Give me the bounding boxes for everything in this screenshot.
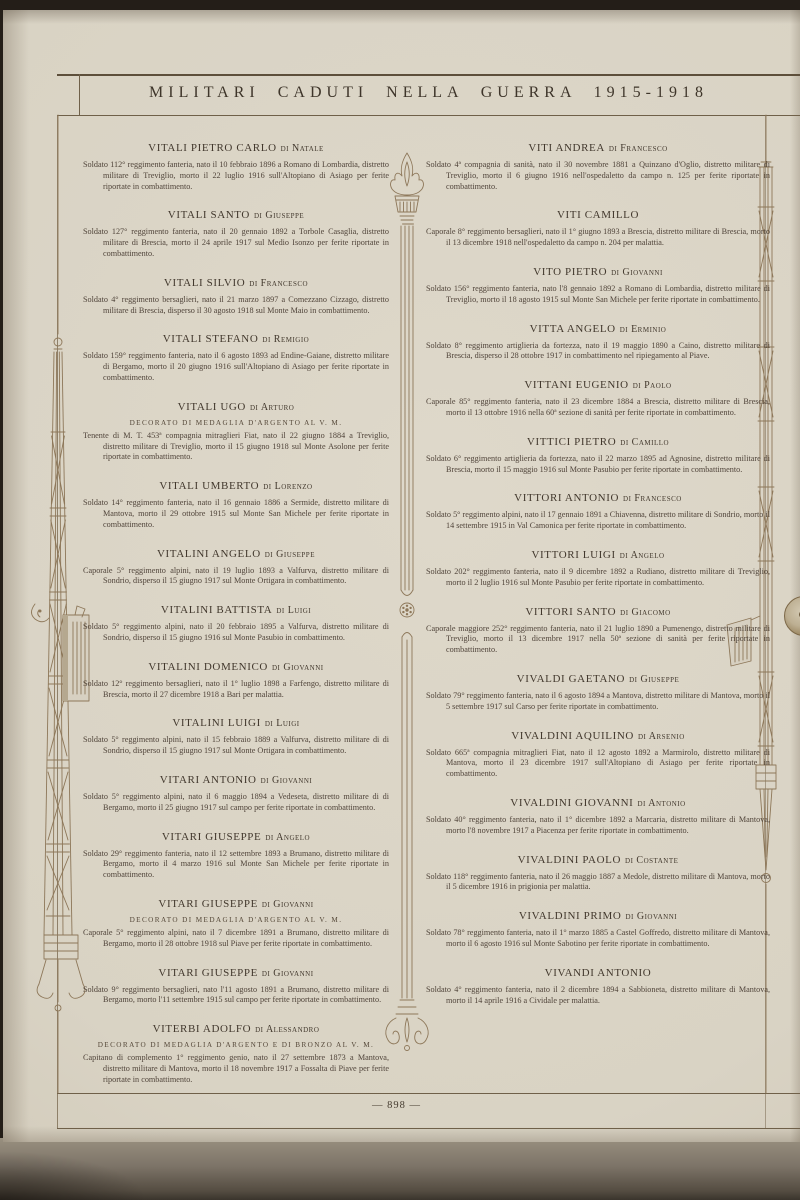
entry-heading: VITTICI PIETRO di Camillo xyxy=(426,432,770,450)
memorial-entry: VITALI PIETRO CARLO di Natale Soldato 11… xyxy=(83,138,389,192)
entry-name: VIVANDI ANTONIO xyxy=(545,967,652,979)
entry-heading: VITTA ANGELO di Erminio xyxy=(426,319,770,337)
entry-heading: VIVALDI GAETANO di Giuseppe xyxy=(426,669,770,687)
entry-heading: VITTORI SANTO di Giacomo xyxy=(426,602,770,620)
entry-body-text: Soldato 5° reggimento alpini, nato il 15… xyxy=(83,735,389,757)
entry-body-text: Soldato 5° reggimento alpini, nato il 17… xyxy=(426,510,770,532)
entry-heading: VIVALDINI PRIMO di Giovanni xyxy=(426,906,770,924)
entry-name: VITALI UGO xyxy=(178,401,246,413)
entry-body-text: Soldato 127° reggimento fanteria, nato i… xyxy=(83,227,389,259)
entry-patronymic: di Giuseppe xyxy=(629,674,679,685)
memorial-entry: VITTORI SANTO di Giacomo Caporale maggio… xyxy=(426,602,770,656)
memorial-entry: VITO PIETRO di Giovanni Soldato 156° reg… xyxy=(426,262,770,306)
entry-body-text: Soldato 5° reggimento alpini, nato il 20… xyxy=(83,622,389,644)
header-rule-top xyxy=(57,74,800,76)
entry-heading: VIVANDI ANTONIO xyxy=(426,963,770,981)
entry-body-text: Caporale 5° reggimento alpini, nato il 7… xyxy=(83,928,389,950)
entry-patronymic: di Giovanni xyxy=(261,775,313,786)
entry-heading: VITO PIETRO di Giovanni xyxy=(426,262,770,280)
memorial-entry: VITARI GIUSEPPE di Giovanni DECORATO DI … xyxy=(83,894,389,950)
entry-name: VITALINI LUIGI xyxy=(172,717,260,729)
entry-patronymic: di Giuseppe xyxy=(254,210,304,221)
memorial-entry: VITALI SILVIO di Francesco Soldato 4° re… xyxy=(83,273,389,317)
memorial-entry: VITTORI ANTONIO di Francesco Soldato 5° … xyxy=(426,488,770,532)
memorial-book-page: MILITARI CADUTI NELLA GUERRA 1915-1918 —… xyxy=(3,10,800,1142)
page-title: MILITARI CADUTI NELLA GUERRA 1915-1918 xyxy=(57,84,800,102)
entry-name: VITTA ANGELO xyxy=(530,323,616,335)
entry-name: VITALINI BATTISTA xyxy=(161,604,272,616)
entry-patronymic: di Angelo xyxy=(620,550,665,561)
entry-patronymic: di Giacomo xyxy=(620,607,671,618)
memorial-entry: VITARI GIUSEPPE di Angelo Soldato 29° re… xyxy=(83,827,389,881)
entry-heading: VITALINI ANGELO di Giuseppe xyxy=(83,544,389,562)
entry-body-text: Soldato 159° reggimento fanteria, nato i… xyxy=(83,351,389,383)
footer-rule-bottom xyxy=(57,1128,800,1129)
entry-name: VITALI UMBERTO xyxy=(159,480,259,492)
entry-patronymic: di Natale xyxy=(281,143,324,154)
entry-patronymic: di Paolo xyxy=(633,380,672,391)
entry-patronymic: di Costante xyxy=(625,855,678,866)
entry-name: VITTORI ANTONIO xyxy=(514,492,619,504)
entry-heading: VITTANI EUGENIO di Paolo xyxy=(426,375,770,393)
entry-patronymic: di Giovanni xyxy=(272,662,324,673)
entry-body-text: Caporale maggiore 252° reggimento fanter… xyxy=(426,624,770,656)
entry-body-text: Soldato 79° reggimento fanteria, nato il… xyxy=(426,691,770,713)
entry-patronymic: di Angelo xyxy=(265,832,310,843)
entry-name: VITALINI DOMENICO xyxy=(148,661,268,673)
entry-body-text: Soldato 665ª compagnia mitraglieri Fiat,… xyxy=(426,748,770,780)
entry-heading: VITALINI LUIGI di Luigi xyxy=(83,713,389,731)
entry-heading: VITTORI ANTONIO di Francesco xyxy=(426,488,770,506)
entry-name: VITARI ANTONIO xyxy=(160,774,257,786)
entry-body-text: Caporale 85° reggimento fanteria, nato i… xyxy=(426,397,770,419)
entry-name: VITALI SANTO xyxy=(168,209,250,221)
memorial-entry: VITI CAMILLO Caporale 8° reggimento bers… xyxy=(426,205,770,249)
entry-name: VITALI PIETRO CARLO xyxy=(148,142,276,154)
entry-name: VIVALDINI PRIMO xyxy=(519,910,622,922)
memorial-entry: VIVALDINI AQUILINO di Arsenio Soldato 66… xyxy=(426,726,770,780)
entry-body-text: Capitano di complemento 1° reggimento ge… xyxy=(83,1053,389,1085)
entry-body-text: Caporale 8° reggimento bersaglieri, nato… xyxy=(426,227,770,249)
entry-heading: VITERBI ADOLFO di Alessandro xyxy=(83,1019,389,1037)
memorial-entry: VITTANI EUGENIO di Paolo Caporale 85° re… xyxy=(426,375,770,419)
entry-name: VITI ANDREA xyxy=(528,142,605,154)
entry-body-text: Soldato 8° reggimento artiglieria da for… xyxy=(426,341,770,363)
entry-patronymic: di Arturo xyxy=(250,402,294,413)
entry-decoration: DECORATO DI MEDAGLIA D'ARGENTO E DI BRON… xyxy=(83,1041,389,1049)
memorial-entry: VITALINI LUIGI di Luigi Soldato 5° reggi… xyxy=(83,713,389,757)
memorial-entry: VITTORI LUIGI di Angelo Soldato 202° reg… xyxy=(426,545,770,589)
memorial-entry: VITARI ANTONIO di Giovanni Soldato 5° re… xyxy=(83,770,389,814)
entry-name: VIVALDINI AQUILINO xyxy=(511,730,634,742)
memorial-entry: VIVALDINI PAOLO di Costante Soldato 118°… xyxy=(426,850,770,894)
entry-patronymic: di Francesco xyxy=(623,493,682,504)
entry-heading: VITARI GIUSEPPE di Giovanni xyxy=(83,894,389,912)
entry-body-text: Soldato 14° reggimento fanteria, nato il… xyxy=(83,498,389,530)
memorial-entry: VITERBI ADOLFO di Alessandro DECORATO DI… xyxy=(83,1019,389,1085)
memorial-entry: VIVALDI GAETANO di Giuseppe Soldato 79° … xyxy=(426,669,770,713)
entry-body-text: Soldato 78° reggimento fanteria, nato il… xyxy=(426,928,770,950)
entry-name: VITI CAMILLO xyxy=(557,209,639,221)
entry-body-text: Tenente di M. T. 453ª compagnia mitragli… xyxy=(83,431,389,463)
entry-body-text: Caporale 5° reggimento alpini, nato il 1… xyxy=(83,566,389,588)
entry-name: VITARI GIUSEPPE xyxy=(158,967,257,979)
header-rule-bottom xyxy=(57,115,800,116)
entry-heading: VITALI UGO di Arturo xyxy=(83,397,389,415)
entry-patronymic: di Francesco xyxy=(249,278,308,289)
entry-body-text: Soldato 40° reggimento fanteria, nato il… xyxy=(426,815,770,837)
entry-patronymic: di Giovanni xyxy=(262,968,314,979)
entry-name: VIVALDINI PAOLO xyxy=(518,854,621,866)
entry-body-text: Soldato 5° reggimento alpini, nato il 6 … xyxy=(83,792,389,814)
entry-name: VIVALDINI GIOVANNI xyxy=(510,797,633,809)
entry-patronymic: di Remigio xyxy=(262,334,309,345)
memorial-entry: VITTA ANGELO di Erminio Soldato 8° reggi… xyxy=(426,319,770,363)
memorial-entry: VITARI GIUSEPPE di Giovanni Soldato 9° r… xyxy=(83,963,389,1007)
entry-body-text: Soldato 4° reggimento bersaglieri, nato … xyxy=(83,295,389,317)
entry-name: VITTORI LUIGI xyxy=(531,549,615,561)
entry-heading: VIVALDINI AQUILINO di Arsenio xyxy=(426,726,770,744)
entry-heading: VIVALDINI GIOVANNI di Antonio xyxy=(426,793,770,811)
page-number: — 898 — xyxy=(3,1100,790,1111)
entry-heading: VITARI GIUSEPPE di Giovanni xyxy=(83,963,389,981)
entry-heading: VITALI UMBERTO di Lorenzo xyxy=(83,476,389,494)
entry-body-text: Soldato 156° reggimento fanteria, nato l… xyxy=(426,284,770,306)
entry-heading: VITARI ANTONIO di Giovanni xyxy=(83,770,389,788)
entry-name: VITALINI ANGELO xyxy=(157,548,261,560)
entry-name: VITTANI EUGENIO xyxy=(524,379,628,391)
memorial-entry: VIVANDI ANTONIO Soldato 4° reggimento fa… xyxy=(426,963,770,1007)
memorial-entry: VIVALDINI GIOVANNI di Antonio Soldato 40… xyxy=(426,793,770,837)
entry-heading: VITTORI LUIGI di Angelo xyxy=(426,545,770,563)
entry-body-text: Soldato 4° reggimento fanteria, nato il … xyxy=(426,985,770,1007)
entry-heading: VITARI GIUSEPPE di Angelo xyxy=(83,827,389,845)
book-page-photo: MILITARI CADUTI NELLA GUERRA 1915-1918 —… xyxy=(0,0,800,1200)
entry-name: VITO PIETRO xyxy=(533,266,607,278)
entry-body-text: Soldato 202° reggimento fanteria, nato i… xyxy=(426,567,770,589)
entry-patronymic: di Erminio xyxy=(620,324,667,335)
entry-decoration: DECORATO DI MEDAGLIA D'ARGENTO AL V. M. xyxy=(83,419,389,427)
entry-body-text: Soldato 4ª compagnia di sanità, nato il … xyxy=(426,160,770,192)
memorial-entry: VITALINI DOMENICO di Giovanni Soldato 12… xyxy=(83,657,389,701)
entry-patronymic: di Luigi xyxy=(276,605,311,616)
entry-heading: VITALINI BATTISTA di Luigi xyxy=(83,600,389,618)
entry-name: VITTICI PIETRO xyxy=(527,436,616,448)
entry-patronymic: di Arsenio xyxy=(638,731,685,742)
entry-name: VITTORI SANTO xyxy=(525,606,616,618)
entry-name: VITALI STEFANO xyxy=(163,333,259,345)
entry-body-text: Soldato 9° reggimento bersaglieri, nato … xyxy=(83,985,389,1007)
memorial-entry: VITALI UMBERTO di Lorenzo Soldato 14° re… xyxy=(83,476,389,530)
entry-patronymic: di Alessandro xyxy=(255,1024,319,1035)
entry-name: VIVALDI GAETANO xyxy=(517,673,625,685)
entry-name: VITERBI ADOLFO xyxy=(153,1023,252,1035)
entry-patronymic: di Giovanni xyxy=(611,267,663,278)
entry-heading: VITALINI DOMENICO di Giovanni xyxy=(83,657,389,675)
entry-patronymic: di Camillo xyxy=(620,437,669,448)
entry-heading: VITALI SANTO di Giuseppe xyxy=(83,205,389,223)
entry-body-text: Soldato 6° reggimento artiglieria da for… xyxy=(426,454,770,476)
entry-heading: VITI ANDREA di Francesco xyxy=(426,138,770,156)
memorial-entry: VITI ANDREA di Francesco Soldato 4ª comp… xyxy=(426,138,770,192)
entry-heading: VITI CAMILLO xyxy=(426,205,770,223)
entry-patronymic: di Luigi xyxy=(265,718,300,729)
entry-decoration: DECORATO DI MEDAGLIA D'ARGENTO AL V. M. xyxy=(83,916,389,924)
entry-heading: VITALI STEFANO di Remigio xyxy=(83,329,389,347)
entry-name: VITARI GIUSEPPE xyxy=(158,898,257,910)
memorial-entry: VITALINI BATTISTA di Luigi Soldato 5° re… xyxy=(83,600,389,644)
entry-body-text: Soldato 118° reggimento fanteria, nato i… xyxy=(426,872,770,894)
entry-body-text: Soldato 29° reggimento fanteria, nato il… xyxy=(83,849,389,881)
column-right: VITI ANDREA di Francesco Soldato 4ª comp… xyxy=(426,138,770,1019)
entry-body-text: Soldato 12° reggimento bersaglieri, nato… xyxy=(83,679,389,701)
memorial-entry: VITALI SANTO di Giuseppe Soldato 127° re… xyxy=(83,205,389,259)
memorial-entry: VITALINI ANGELO di Giuseppe Caporale 5° … xyxy=(83,544,389,588)
entry-name: VITALI SILVIO xyxy=(164,277,245,289)
entry-heading: VITALI PIETRO CARLO di Natale xyxy=(83,138,389,156)
entry-heading: VITALI SILVIO di Francesco xyxy=(83,273,389,291)
entry-patronymic: di Giuseppe xyxy=(265,549,315,560)
column-left: VITALI PIETRO CARLO di Natale Soldato 11… xyxy=(83,138,389,1098)
memorial-entry: VIVALDINI PRIMO di Giovanni Soldato 78° … xyxy=(426,906,770,950)
torch-column-ornament xyxy=(383,150,431,1055)
entry-patronymic: di Giovanni xyxy=(625,911,677,922)
memorial-entry: VITALI UGO di Arturo DECORATO DI MEDAGLI… xyxy=(83,397,389,463)
entry-patronymic: di Antonio xyxy=(637,798,685,809)
entry-body-text: Soldato 112° reggimento fanteria, nato i… xyxy=(83,160,389,192)
entry-patronymic: di Giovanni xyxy=(262,899,314,910)
entry-patronymic: di Lorenzo xyxy=(263,481,312,492)
memorial-entry: VITTICI PIETRO di Camillo Soldato 6° reg… xyxy=(426,432,770,476)
entry-heading: VIVALDINI PAOLO di Costante xyxy=(426,850,770,868)
memorial-entry: VITALI STEFANO di Remigio Soldato 159° r… xyxy=(83,329,389,383)
entry-name: VITARI GIUSEPPE xyxy=(162,831,261,843)
entry-patronymic: di Francesco xyxy=(609,143,668,154)
